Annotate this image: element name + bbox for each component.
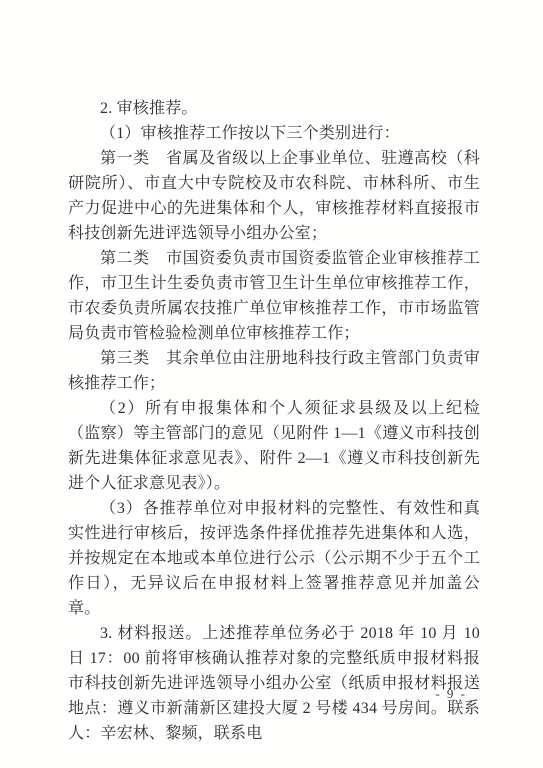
document-page: 2. 审核推荐。 （1）审核推荐工作按以下三个类别进行： 第一类 省属及省级以上…	[0, 0, 543, 768]
paragraph-opinion-requirement: （2）所有申报集体和个人须征求县级及以上纪检（监察）等主管部门的意见（见附件 1…	[68, 396, 480, 496]
paragraph-category-1: 第一类 省属及省级以上企事业单位、驻遵高校（科研院所）、市直大中专院校及市农科院…	[68, 146, 480, 246]
heading-audit-recommendation: 2. 审核推荐。	[68, 96, 480, 121]
paragraph-material-submission: 3. 材料报送。上述推荐单位务必于 2018 年 10 月 10 日 17：00…	[68, 621, 480, 746]
page-number: - 9 -	[435, 686, 467, 702]
document-body: 2. 审核推荐。 （1）审核推荐工作按以下三个类别进行： 第一类 省属及省级以上…	[68, 96, 480, 746]
paragraph-review-publicity: （3）各推荐单位对申报材料的完整性、有效性和真实性进行审核后，按评选条件择优推荐…	[68, 496, 480, 621]
paragraph-category-2: 第二类 市国资委负责市国资委监管企业审核推荐工作，市卫生计生委负责市管卫生计生单…	[68, 246, 480, 346]
paragraph-category-3: 第三类 其余单位由注册地科技行政主管部门负责审核推荐工作；	[68, 346, 480, 396]
paragraph-categories-intro: （1）审核推荐工作按以下三个类别进行：	[68, 121, 480, 146]
